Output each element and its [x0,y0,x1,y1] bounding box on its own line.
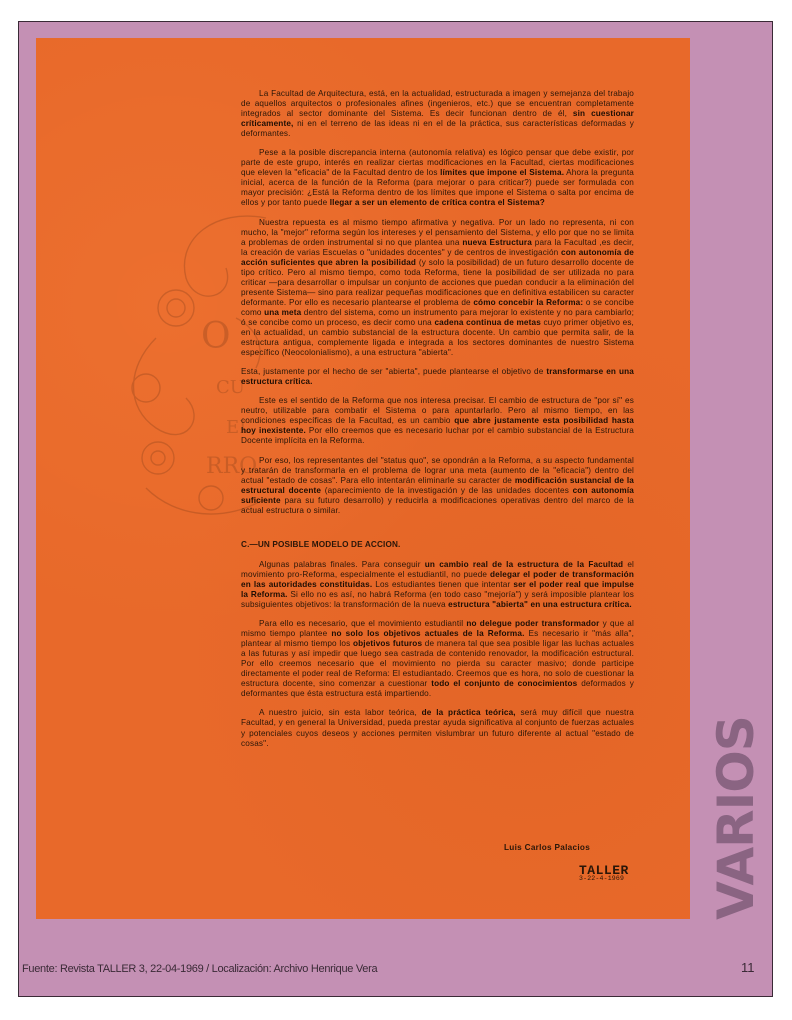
article-body: La Facultad de Arquitectura, está, en la… [241,89,634,758]
article-paragraph: Pese a la posible discrepancia interna (… [241,148,634,208]
emphasis-text: objetivos futuros [353,639,422,648]
emphasis-text: no solo los objetivos actuales de la Ref… [331,629,524,638]
emphasis-text: un cambio real de la estructura de la Fa… [425,560,623,569]
emphasis-text: una meta [264,308,301,317]
emphasis-text: todo el conjunto de conocimientos [431,679,577,688]
author-signature: Luis Carlos Palacios [504,843,590,852]
section-label: VARIOS [707,716,765,920]
section-heading-text: UN POSIBLE MODELO DE ACCION. [258,540,401,549]
section-heading-prefix: C.— [241,540,258,549]
article-paragraph: Para ello es necesario, que el movimient… [241,619,634,699]
emphasis-text: límites que impone el Sistema. [440,168,564,177]
emphasis-text: estructura "abierta" en una estructura c… [448,600,632,609]
section-heading: C.—UN POSIBLE MODELO DE ACCION. [241,540,634,550]
stamp-date: 3-22-4-1969 [579,876,629,883]
body-text: A nuestro juicio, sin esta labor teórica… [259,708,422,717]
emphasis-text: llegar a ser un elemento de crítica cont… [330,198,545,207]
article-paragraph: Este es el sentido de la Reforma que nos… [241,396,634,446]
emphasis-text: de la práctica teórica, [422,708,516,717]
article-paragraph: La Facultad de Arquitectura, está, en la… [241,89,634,139]
body-text: (aparecimiento de la investigación y de … [321,486,573,495]
article-paragraph: Nuestra repuesta es al mismo tiempo afir… [241,218,634,359]
article-paragraphs: La Facultad de Arquitectura, está, en la… [241,89,634,516]
article-paragraphs-final: Algunas palabras finales. Para conseguir… [241,560,634,749]
body-text: Los estudiantes tienen que intentar [372,580,513,589]
article-paragraph: A nuestro juicio, sin esta labor teórica… [241,708,634,748]
body-text: Para ello es necesario, que el movimient… [259,619,466,628]
scanned-document: O CU EL RRO La Facultad de Arquitectura,… [36,38,690,919]
body-text: para su futuro desarrollo) y reducirla a… [241,496,634,515]
body-text: Esta, justamente por el hecho de ser "ab… [241,367,546,376]
page-number: 11 [741,960,755,975]
article-paragraph: Esta, justamente por el hecho de ser "ab… [241,367,634,387]
emphasis-text: cómo concebir la Reforma: [473,298,583,307]
taller-stamp: TALLER 3-22-4-1969 [579,864,629,883]
article-paragraph: Por eso, los representantes del "status … [241,456,634,516]
footer-source: Fuente: Revista TALLER 3, 22-04-1969 / L… [22,963,377,975]
svg-text:O: O [201,316,231,357]
body-text: Algunas palabras finales. Para conseguir [259,560,425,569]
body-text: ni en el terreno de las ideas ni en el d… [241,119,634,138]
emphasis-text: cadena continua de metas [434,318,540,327]
article-paragraph: Algunas palabras finales. Para conseguir… [241,560,634,610]
emphasis-text: nueva Estructura [462,238,532,247]
emphasis-text: no delegue poder transformador [466,619,599,628]
